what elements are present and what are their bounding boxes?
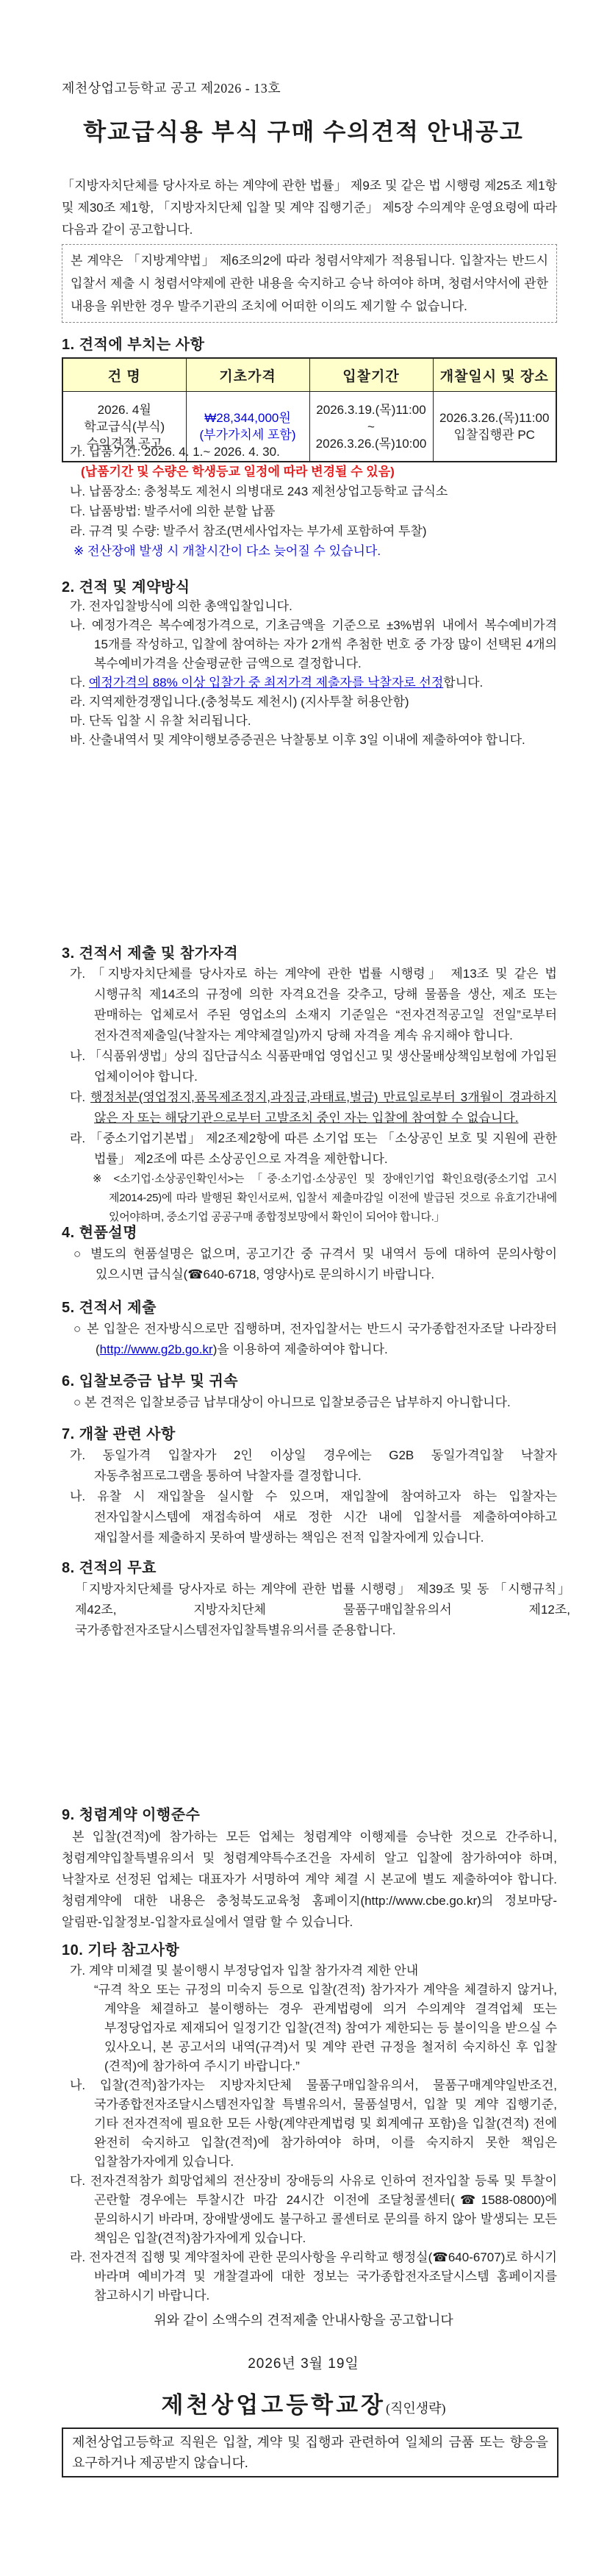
list-item: 라. 규격 및 수량: 발주서 참조(면세사업자는 부가세 포함하여 투찰) bbox=[62, 521, 557, 541]
item-text: 합니다. bbox=[443, 676, 483, 690]
period-start: 2026.3.19.(목)11:00 bbox=[312, 401, 431, 418]
signer-name: 제천상업고등학교장 bbox=[161, 2392, 386, 2418]
col-header-bid-period: 입찰기간 bbox=[309, 358, 433, 392]
item-text: 「지방자치단체를 당사자로 하는 계약에 관한 법률 시행령」 제13조 및 같… bbox=[92, 967, 557, 1042]
list-item: 나. 예정가격은 복수예정가격으로, 기초금액을 기준으로 ±3%범위 내에서 … bbox=[62, 616, 557, 673]
item-marker: 다. bbox=[70, 504, 85, 518]
item-text: 「중소기업기본법」 제2조제2항에 따른 소기업 또는 「소상공인 보호 및 지… bbox=[90, 1131, 557, 1166]
award-criteria-emphasis: 예정가격의 88% 이상 입찰가 중 최저가격 제출자를 낙찰자로 선정 bbox=[89, 676, 443, 690]
opening-place: 입찰집행관 PC bbox=[435, 426, 555, 443]
integrity-pledge-box: 본 계약은 「지방계약법」 제6조의2에 따라 청렴서약제가 적용됩니다. 입찰… bbox=[62, 244, 557, 323]
item-marker: 다. bbox=[70, 676, 85, 690]
item-marker: 라. bbox=[70, 2250, 85, 2264]
item-text: 전자견적 집행 및 계약절차에 관한 문의사항을 우리학교 행정실(☎640-6… bbox=[89, 2250, 557, 2303]
list-item: 다. 전자견적참가 희망업체의 전산장비 장애등의 사유로 인하여 전자입찰 등… bbox=[62, 2172, 557, 2248]
item-marker: 나. bbox=[70, 2078, 85, 2092]
item-text: 예정가격은 복수예정가격으로, 기초금액을 기준으로 ±3%범위 내에서 복수예… bbox=[92, 618, 557, 670]
col-header-item-name: 건 명 bbox=[62, 358, 186, 392]
item-text: 납품장소: 충청북도 제천시 의병대로 243 제천상업고등학교 급식소 bbox=[89, 484, 448, 498]
section-8-heading: 8. 견적의 무효 bbox=[62, 1556, 557, 1577]
item-marker: 나. bbox=[70, 1049, 85, 1063]
section-5-heading: 5. 견적서 제출 bbox=[62, 1295, 557, 1317]
list-item: 다. 납품방법: 발주서에 의한 분할 납품 bbox=[62, 501, 557, 521]
page-title: 학교급식용 부식 구매 수의견적 안내공고 bbox=[0, 113, 607, 147]
section-1-heading: 1. 견적에 부치는 사항 bbox=[62, 332, 557, 354]
item-text: 동일가격 입찰자가 2인 이상일 경우에는 G2B 동일가격입찰 낙찰자 자동추… bbox=[94, 1448, 557, 1483]
section-1-items: 가. 납품기간: 2026. 4. 1.~ 2026. 4. 30. (납품기간… bbox=[62, 442, 557, 561]
item-text: 산출내역서 및 계약이행보증증권은 낙찰통보 이후 3일 이내에 제출하여야 합… bbox=[89, 733, 525, 747]
item-marker: 다. bbox=[70, 1090, 85, 1104]
list-item: 나. 입찰(견적)참가자는 지방자치단체 물품구매입찰유의서, 물품구매계약일반… bbox=[62, 2076, 557, 2172]
item-marker: 나. bbox=[70, 484, 85, 498]
section-4-heading: 4. 현품설명 bbox=[62, 1220, 557, 1242]
list-item: 가. 계약 미체결 및 불이행시 부정당업자 입찰 참가자격 제한 안내 bbox=[62, 1961, 557, 1981]
list-item: 나. 납품장소: 충청북도 제천시 의병대로 243 제천상업고등학교 급식소 bbox=[62, 482, 557, 501]
item-marker: 바. bbox=[70, 733, 85, 747]
item-text: 전자입찰방식에 의한 총액입찰입니다. bbox=[89, 599, 292, 613]
list-item: 나. 유찰 시 재입찰을 실시할 수 있으며, 재입찰에 참여하고자 하는 입찰… bbox=[62, 1486, 557, 1548]
list-item: 나. 「식품위생법」상의 집단급식소 식품판매업 영업신고 및 생산물배상책임보… bbox=[62, 1046, 557, 1087]
item-marker: 라. bbox=[70, 524, 85, 538]
award-criteria-item: 다. 예정가격의 88% 이상 입찰가 중 최저가격 제출자를 낙찰자로 선정합… bbox=[62, 673, 557, 693]
item-marker: 가. bbox=[70, 1448, 85, 1462]
small-business-certificate-note: ※ <소기업·소상공인확인서>는 「중·소기업·소상공인 및 장애인기업 확인요… bbox=[62, 1170, 557, 1227]
section-9-heading: 9. 청렴계약 이행준수 bbox=[62, 1803, 557, 1824]
intro-paragraph: 「지방자치단체를 당사자로 하는 계약에 관한 법률」 제9조 및 같은 법 시… bbox=[62, 175, 557, 241]
item-text: 전자견적참가 희망업체의 전산장비 장애등의 사유로 인하여 전자입찰 등록 및… bbox=[90, 2174, 557, 2245]
item-marker: 가. bbox=[70, 1964, 85, 1978]
item-text: 지역제한경쟁입니다.(충청북도 제천시) (지사투찰 허용안함) bbox=[89, 695, 409, 709]
list-item: 라. 「중소기업기본법」 제2조제2항에 따른 소기업 또는 「소상공인 보호 … bbox=[62, 1128, 557, 1170]
col-header-base-price: 기초가격 bbox=[186, 358, 309, 392]
section-5-item: ○ 본 입찰은 전자방식으로만 집행하며, 전자입찰서는 반드시 국가종합전자조… bbox=[62, 1319, 557, 1360]
item-text: 계약 미체결 및 불이행시 부정당업자 입찰 참가자격 제한 안내 bbox=[89, 1964, 418, 1978]
item-marker: 라. bbox=[70, 695, 85, 709]
price-vat-note: (부가가치세 포함) bbox=[188, 426, 308, 443]
list-item: 라. 지역제한경쟁입니다.(충청북도 제천시) (지사투찰 허용안함) bbox=[62, 693, 557, 712]
item-text: )을 이용하여 제출하여야 합니다. bbox=[213, 1342, 388, 1356]
seal-omitted-note: (직인생략) bbox=[386, 2401, 446, 2416]
item-text: 「식품위생법」상의 집단급식소 식품판매업 영업신고 및 생산물배상책임보험에 … bbox=[89, 1049, 557, 1084]
item-marker: 나. bbox=[70, 1489, 85, 1503]
section-7-items: 가. 동일가격 입찰자가 2인 이상일 경우에는 G2B 동일가격입찰 낙찰자 … bbox=[62, 1445, 557, 1548]
g2b-url-link[interactable]: http://www.g2b.go.kr bbox=[100, 1342, 213, 1356]
section-6-item: ○ 본 견적은 입찰보증금 납부대상이 아니므로 입찰보증금은 납부하지 아니합… bbox=[62, 1392, 557, 1413]
list-item: 가. 납품기간: 2026. 4. 1.~ 2026. 4. 30. bbox=[62, 442, 557, 462]
signature-block: 제천상업고등학교장(직인생략) bbox=[0, 2386, 607, 2419]
integrity-compliance-paragraph: 본 입찰(견적)에 참가하는 모든 업체는 청렴계약 이행제를 승낙한 것으로 … bbox=[62, 1826, 557, 1933]
announcement-document: 제천상업고등학교 공고 제2026 - 13호 학교급식용 부식 구매 수의견적… bbox=[0, 0, 607, 2576]
closing-statement: 위와 같이 소액수의 견적제출 안내사항을 공고합니다 bbox=[0, 2310, 607, 2329]
price-amount: ₩28,344,000원 bbox=[188, 409, 308, 426]
list-item: 바. 산출내역서 및 계약이행보증증권은 낙찰통보 이후 3일 이내에 제출하여… bbox=[62, 731, 557, 750]
table-header-row: 건 명 기초가격 입찰기간 개찰일시 및 장소 bbox=[62, 358, 556, 392]
item-marker: 라. bbox=[70, 1131, 85, 1145]
section-6-heading: 6. 입찰보증금 납부 및 귀속 bbox=[62, 1369, 557, 1390]
item-marker: 가. bbox=[70, 967, 85, 981]
list-item: 가. 동일가격 입찰자가 2인 이상일 경우에는 G2B 동일가격입찰 낙찰자 … bbox=[62, 1445, 557, 1486]
section-3-items: 가. 「지방자치단체를 당사자로 하는 계약에 관한 법률 시행령」 제13조 … bbox=[62, 964, 557, 1227]
list-item: 라. 전자견적 집행 및 계약절차에 관한 문의사항을 우리학교 행정실(☎64… bbox=[62, 2248, 557, 2305]
item-text: 규격 및 수량: 발주서 참조(면세사업자는 부가세 포함하여 투찰) bbox=[89, 524, 427, 538]
bid-bond-item: ○ 본 견적은 입찰보증금 납부대상이 아니므로 입찰보증금은 납부하지 아니합… bbox=[62, 1392, 557, 1413]
notice-number: 제천상업고등학교 공고 제2026 - 13호 bbox=[62, 78, 557, 97]
item-text: 입찰(견적)참가자는 지방자치단체 물품구매입찰유의서, 물품구매계약일반조건,… bbox=[94, 2078, 557, 2169]
item-text: 납품방법: 발주서에 의한 분할 납품 bbox=[89, 504, 276, 518]
item-marker: 다. bbox=[70, 2174, 85, 2188]
section-10-heading: 10. 기타 참고사항 bbox=[62, 1938, 557, 1959]
item-text: 유찰 시 재입찰을 실시할 수 있으며, 재입찰에 참여하고자 하는 입찰자는 … bbox=[94, 1489, 557, 1545]
section-2-heading: 2. 견적 및 계약방식 bbox=[62, 575, 557, 596]
period-tilde: ~ bbox=[312, 418, 431, 435]
announcement-date: 2026년 3월 19일 bbox=[0, 2353, 607, 2372]
anti-corruption-footer-box: 제천상업고등학교 직원은 입찰, 계약 및 집행과 관련하여 일체의 금품 또는… bbox=[62, 2427, 558, 2477]
section-2-items: 가. 전자입찰방식에 의한 총액입찰입니다. 나. 예정가격은 복수예정가격으로… bbox=[62, 597, 557, 750]
item-name-line: 학교급식(부식) bbox=[65, 418, 184, 435]
item-marker: 가. bbox=[70, 445, 85, 459]
item-marker: 마. bbox=[70, 714, 85, 728]
section-4-item: ○ 별도의 현품설명은 없으며, 공고기간 중 규격서 및 내역서 등에 대하여… bbox=[62, 1244, 557, 1285]
list-item: 가. 전자입찰방식에 의한 총액입찰입니다. bbox=[62, 597, 557, 616]
list-item: 마. 단독 입찰 시 유찰 처리됩니다. bbox=[62, 712, 557, 731]
section-10-items: 가. 계약 미체결 및 불이행시 부정당업자 입찰 참가자격 제한 안내 “규격… bbox=[62, 1961, 557, 2305]
quote-submission-item: ○ 본 입찰은 전자방식으로만 집행하며, 전자입찰서는 반드시 국가종합전자조… bbox=[62, 1319, 557, 1360]
sanction-restriction-item: 다. 행정처분(영업정지,품목제조정지,과징금,과태료,벌금) 만료일로부터 3… bbox=[62, 1087, 557, 1128]
opening-datetime: 2026.3.26.(목)11:00 bbox=[435, 409, 555, 426]
item-text-underlined: 행정처분(영업정지,품목제조정지,과징금,과태료,벌금) 만료일로부터 3개월이… bbox=[90, 1090, 557, 1125]
col-header-opening: 개찰일시 및 장소 bbox=[433, 358, 556, 392]
system-delay-note: ※ 전산장애 발생 시 개찰시간이 다소 늦어질 수 있습니다. bbox=[62, 541, 557, 561]
section-7-heading: 7. 개찰 관련 사항 bbox=[62, 1422, 557, 1443]
item-text: 납품기간: 2026. 4. 1.~ 2026. 4. 30. bbox=[89, 445, 280, 459]
item-marker: 나. bbox=[70, 618, 85, 632]
section-3-heading: 3. 견적서 제출 및 참가자격 bbox=[62, 941, 557, 962]
item-name-line: 2026. 4월 bbox=[65, 401, 184, 418]
invalid-quote-paragraph: 「지방자치단체를 당사자로 하는 계약에 관한 법률 시행령」 제39조 및 동… bbox=[62, 1579, 570, 1641]
onsite-explanation-item: ○ 별도의 현품설명은 없으며, 공고기간 중 규격서 및 내역서 등에 대하여… bbox=[62, 1244, 557, 1285]
list-item: 가. 「지방자치단체를 당사자로 하는 계약에 관한 법률 시행령」 제13조 … bbox=[62, 964, 557, 1046]
penalty-warning-quote: “규격 착오 또는 규정의 미숙지 등으로 입찰(견적) 참가자가 계약을 체결… bbox=[62, 1981, 557, 2076]
item-marker: 가. bbox=[70, 599, 85, 613]
item-text: 단독 입찰 시 유찰 처리됩니다. bbox=[89, 714, 251, 728]
delivery-change-note: (납품기간 및 수량은 학생등교 일정에 따라 변경될 수 있음) bbox=[62, 462, 557, 482]
